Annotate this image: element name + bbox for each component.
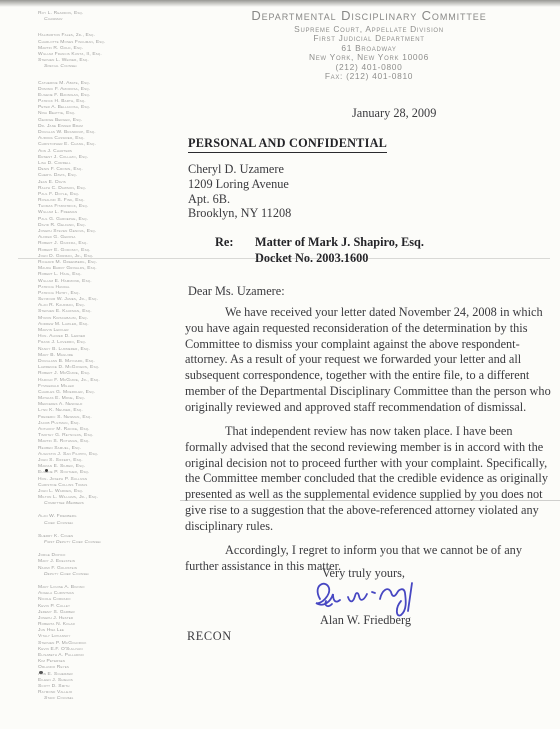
recipient-line: Cheryl D. Uzamere <box>188 162 291 177</box>
scan-speck <box>39 671 43 674</box>
sidebar-group: Sherry K. CohenFirst Deputy Chief Counse… <box>38 534 183 546</box>
letter-page: Roy L. Reardon, Esq.ChairmanHaliburton F… <box>0 0 560 729</box>
sidebar-group: Roy L. Reardon, Esq.Chairman <box>38 11 183 23</box>
re-block: Re: Matter of Mark J. Shapiro, Esq. Dock… <box>215 234 424 266</box>
scan-artifact-line <box>18 258 550 259</box>
sidebar-role: Staff Counsel <box>38 696 183 702</box>
letter-date: January 28, 2009 <box>352 106 436 121</box>
signer-name: Alan W. Friedberg <box>320 613 411 628</box>
sidebar-role: Deputy Chief Counsel <box>38 572 183 578</box>
sidebar-group: Alan W. FriedbergChief Counsel <box>38 514 183 526</box>
re-row: Re: Matter of Mark J. Shapiro, Esq. <box>215 234 424 250</box>
recipient-line: Brooklyn, NY 11208 <box>188 206 291 221</box>
salutation: Dear Ms. Uzamere: <box>188 284 285 299</box>
letter-paragraph: That independent review has now taken pl… <box>185 424 557 535</box>
footer-code: RECON <box>187 629 232 644</box>
scan-speck <box>45 469 48 472</box>
letterhead-line: Fax: (212) 401-0810 <box>183 72 555 81</box>
sidebar-group: Haliburton Fales, 2d., Esq.Charlotte Mos… <box>38 33 183 70</box>
sidebar-group: Catherine M. Abate, Esq.Dominic F. Amoro… <box>38 81 183 508</box>
sidebar-role: Chairman <box>38 17 183 23</box>
recipient-block: Cheryl D. Uzamere1209 Loring AvenueApt. … <box>188 162 291 221</box>
re-matter: Matter of Mark J. Shapiro, Esq. <box>255 234 424 250</box>
confidential-notice: PERSONAL AND CONFIDENTIAL <box>188 136 387 153</box>
letterhead: Departmental Disciplinary Committee Supr… <box>183 8 555 81</box>
letter-paragraph: We have received your letter dated Novem… <box>185 305 557 416</box>
sidebar: Roy L. Reardon, Esq.ChairmanHaliburton F… <box>38 11 183 710</box>
recipient-line: 1209 Loring Avenue <box>188 177 291 192</box>
sidebar-role: First Deputy Chief Counsel <box>38 540 183 546</box>
sidebar-role: Special Counsel <box>38 64 183 70</box>
sidebar-group: Jorge DopicoMady J. EdelsteinNaomi F. Go… <box>38 553 183 578</box>
sidebar-role: Committee Members <box>38 501 183 507</box>
letterhead-lines: Supreme Court, Appellate DivisionFirst J… <box>183 25 555 81</box>
scan-artifact-line <box>180 500 560 501</box>
recipient-line: Apt. 6B. <box>188 192 291 207</box>
body-paragraphs: We have received your letter dated Novem… <box>185 305 557 583</box>
sidebar-role: Chief Counsel <box>38 521 183 527</box>
re-label: Re: <box>215 234 255 250</box>
signature-svg <box>306 577 426 617</box>
scan-edge-band <box>0 0 560 7</box>
sidebar-group: Mary Louise A. BiunnoAngela ChristmasNic… <box>38 585 183 703</box>
letterhead-title: Departmental Disciplinary Committee <box>183 8 555 23</box>
